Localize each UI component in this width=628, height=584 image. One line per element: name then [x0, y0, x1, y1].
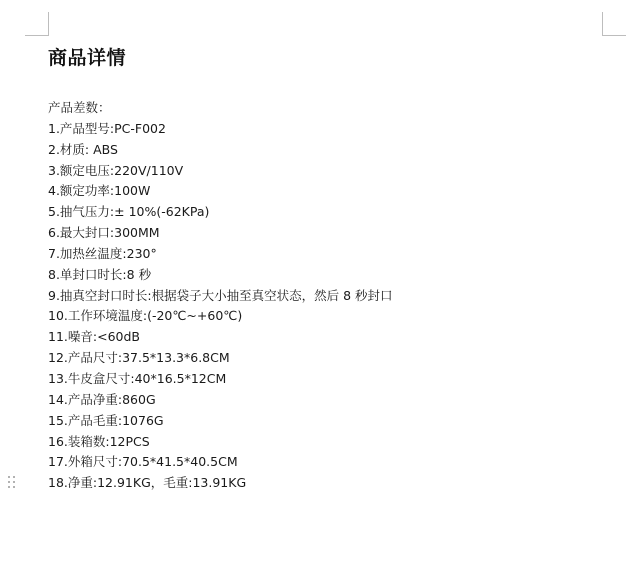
spec-item-material: 2.材质: ABS [48, 140, 393, 161]
drag-dot [8, 486, 10, 488]
spec-item-vacuum-seal-time: 9.抽真空封口时长:根据袋子大小抽至真空状态，然后 8 秒封口 [48, 286, 393, 307]
spec-item-gross-weight: 15.产品毛重:1076G [48, 411, 393, 432]
spec-item-net-weight: 14.产品净重:860G [48, 390, 393, 411]
document-body[interactable]: 产品差数： 1.产品型号:PC-F002 2.材质: ABS 3.额定电压:22… [48, 98, 393, 494]
spec-item-carton-size: 17.外箱尺寸:70.5*41.5*40.5CM [48, 452, 393, 473]
spec-item-product-size: 12.产品尺寸:37.5*13.3*6.8CM [48, 348, 393, 369]
drag-handle-icon[interactable] [8, 476, 18, 490]
spec-item-pack-quantity: 16.装箱数:12PCS [48, 432, 393, 453]
spec-item-carton-weights: 18.净重:12.91KG，毛重:13.91KG [48, 473, 393, 494]
spec-item-noise: 11.噪音:<60dB [48, 327, 393, 348]
spec-item-max-seal: 6.最大封口:300MM [48, 223, 393, 244]
page-title: 商品详情 [48, 43, 126, 70]
spec-item-model: 1.产品型号:PC-F002 [48, 119, 393, 140]
drag-dot [13, 476, 15, 478]
drag-dot [13, 481, 15, 483]
page-margin-mark-top-right [602, 12, 626, 36]
spec-item-kraft-box-size: 13.牛皮盒尺寸:40*16.5*12CM [48, 369, 393, 390]
spec-item-operating-temp: 10.工作环境温度:(-20℃~+60℃) [48, 306, 393, 327]
drag-dot [8, 481, 10, 483]
spec-item-rated-voltage: 3.额定电压:220V/110V [48, 161, 393, 182]
spec-item-rated-power: 4.额定功率:100W [48, 181, 393, 202]
drag-dot [13, 486, 15, 488]
drag-dot [8, 476, 10, 478]
spec-item-suction-pressure: 5.抽气压力:± 10%(-62KPa) [48, 202, 393, 223]
page-margin-mark-top-left [25, 12, 49, 36]
spec-item-heating-wire-temp: 7.加热丝温度:230° [48, 244, 393, 265]
section-heading: 产品差数： [48, 98, 393, 119]
spec-item-single-seal-time: 8.单封口时长:8 秒 [48, 265, 393, 286]
